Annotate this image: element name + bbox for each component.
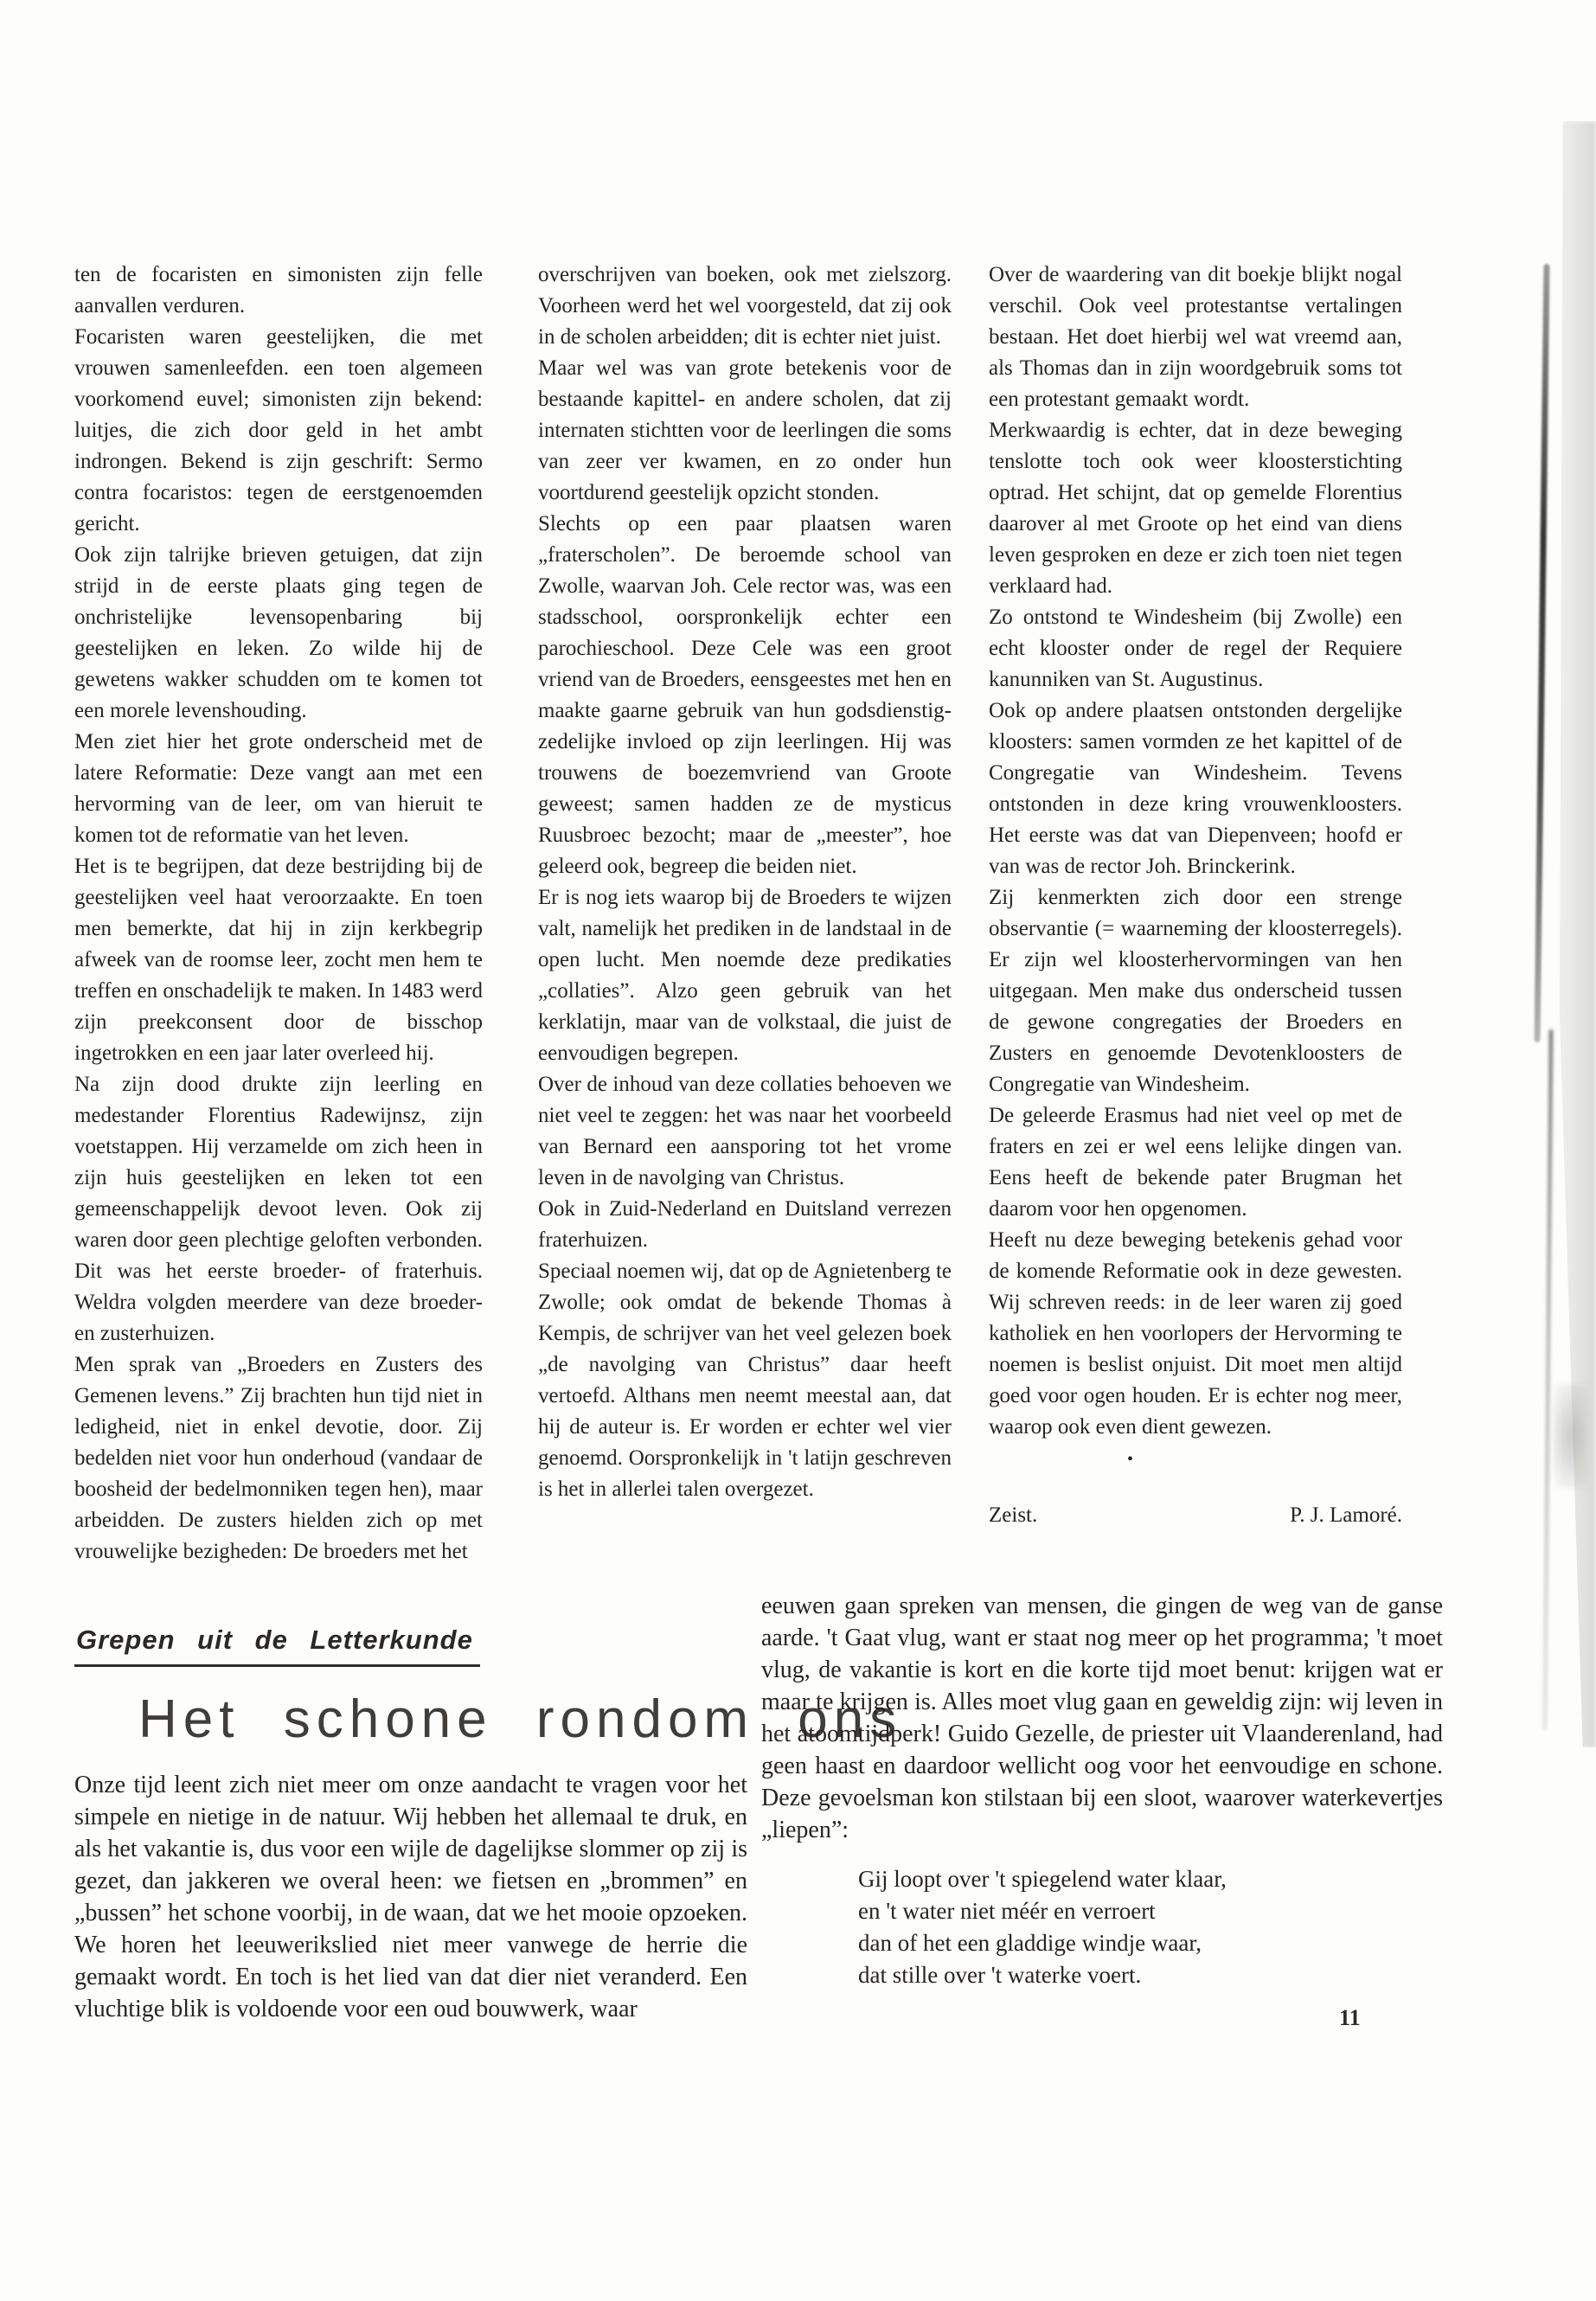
paragraph: overschrijven van boeken, ook met zielsz… bbox=[538, 260, 952, 353]
paragraph: Over de inhoud van deze collaties behoev… bbox=[538, 1069, 952, 1194]
article-column-3: Over de waardering van dit boekje blijkt… bbox=[989, 260, 1402, 1531]
paragraph: Zo ontstond te Windesheim (bij Zwolle) e… bbox=[989, 602, 1402, 695]
paragraph: Ook op andere plaatsen ontstonden dergel… bbox=[989, 695, 1402, 882]
paragraph: De geleerde Erasmus had niet veel op met… bbox=[989, 1100, 1402, 1225]
section-separator-dot: • bbox=[989, 1450, 1402, 1469]
article-signature: Zeist. P. J. Lamoré. bbox=[989, 1500, 1402, 1531]
paragraph: Er is nog iets waarop bij de Broeders te… bbox=[538, 882, 952, 1069]
poem-line: dan of het een gladdige windje waar, bbox=[858, 1927, 1443, 1959]
article-column-1: ten de focaristen en simonisten zijn fel… bbox=[74, 260, 483, 1567]
signature-author: P. J. Lamoré. bbox=[1290, 1500, 1402, 1531]
paragraph: Onze tijd leent zich niet meer om onze a… bbox=[74, 1769, 747, 2025]
paragraph: Heeft nu deze beweging betekenis gehad v… bbox=[989, 1225, 1402, 1443]
signature-place: Zeist. bbox=[989, 1500, 1037, 1531]
page-edge-crease-dark bbox=[1535, 264, 1550, 1042]
poem-line: dat stille over 't waterke voert. bbox=[858, 1959, 1443, 1991]
paragraph: Zij kenmerkten zich door een strenge obs… bbox=[989, 882, 1402, 1100]
article-column-2: overschrijven van boeken, ook met zielsz… bbox=[538, 260, 952, 1505]
paragraph: Slechts op een paar plaatsen waren „frat… bbox=[538, 509, 952, 882]
paragraph: Na zijn dood drukte zijn leerling en med… bbox=[74, 1069, 483, 1349]
paragraph: eeuwen gaan spreken van mensen, die ging… bbox=[761, 1590, 1443, 1846]
paragraph: Merkwaardig is echter, dat in deze beweg… bbox=[989, 415, 1402, 602]
bottom-right-paragraphs: eeuwen gaan spreken van mensen, die ging… bbox=[761, 1590, 1443, 1846]
paragraph: Maar wel was van grote betekenis voor de… bbox=[538, 353, 952, 509]
poem-line: en 't water niet méér en verroert bbox=[858, 1895, 1443, 1927]
bottom-article-column-left: Onze tijd leent zich niet meer om onze a… bbox=[74, 1769, 747, 2025]
column-3-paragraphs: Over de waardering van dit boekje blijkt… bbox=[989, 260, 1402, 1443]
paragraph: Focaristen waren geestelijken, die met v… bbox=[74, 322, 483, 540]
page-edge-crease-light bbox=[1542, 1029, 1553, 1730]
section-kicker: Grepen uit de Letterkunde bbox=[74, 1625, 480, 1667]
paragraph: Men ziet hier het grote onderscheid met … bbox=[74, 727, 483, 851]
poem-line: Gij loopt over 't spiegelend water klaar… bbox=[858, 1863, 1443, 1895]
page-number: 11 bbox=[1339, 2005, 1361, 2031]
bottom-article-column-right: eeuwen gaan spreken van mensen, die ging… bbox=[761, 1590, 1443, 1991]
paragraph: ten de focaristen en simonisten zijn fel… bbox=[74, 260, 483, 322]
paragraph: Over de waardering van dit boekje blijkt… bbox=[989, 260, 1402, 415]
poem-quote: Gij loopt over 't spiegelend water klaar… bbox=[858, 1863, 1443, 1991]
paragraph: Het is te begrijpen, dat deze bestrijdin… bbox=[74, 851, 483, 1069]
scanned-magazine-page: ten de focaristen en simonisten zijn fel… bbox=[0, 0, 1596, 2301]
paragraph: Ook in Zuid-Nederland en Duitsland verre… bbox=[538, 1194, 952, 1256]
paragraph: Speciaal noemen wij, dat op de Agnietenb… bbox=[538, 1256, 952, 1505]
paragraph: Men sprak van „Broeders en Zusters des G… bbox=[74, 1349, 483, 1567]
page-edge-smudge bbox=[1553, 1384, 1589, 1488]
paragraph: Ook zijn talrijke brieven getuigen, dat … bbox=[74, 540, 483, 727]
